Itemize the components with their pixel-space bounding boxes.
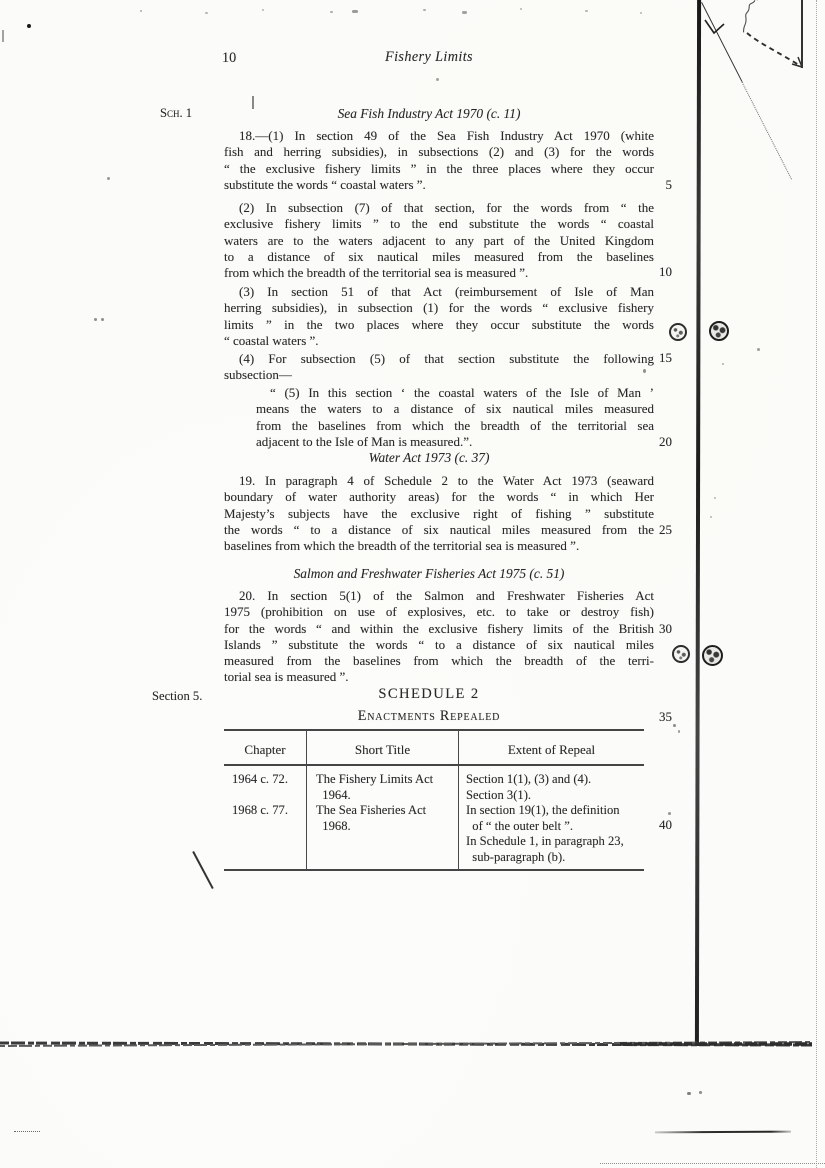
line-number-25: 25 bbox=[648, 522, 672, 538]
text-line: from the baselines from which the breadt… bbox=[256, 418, 654, 434]
text-line: fish and herring subsidies), in subsecti… bbox=[224, 144, 654, 160]
text-line: adjacent to the Isle of Man is measured.… bbox=[256, 434, 654, 450]
table-row-2-chapter: 1968 c. 77. bbox=[224, 803, 306, 869]
line-number-15: 15 bbox=[648, 350, 672, 366]
text-line: 20. In section 5(1) of the Salmon and Fr… bbox=[224, 588, 654, 604]
paragraph-18-3: (3) In section 51 of that Act (reimburse… bbox=[224, 284, 654, 349]
paragraph-18-4-quoted-subsection: “ (5) In this section ‘ the coastal wate… bbox=[256, 385, 654, 450]
margin-note-section-5: Section 5. bbox=[152, 689, 202, 704]
text-line: The Sea Fisheries Act bbox=[316, 803, 458, 819]
speckle-dot bbox=[27, 24, 31, 28]
act-heading-sea-fish-industry: Sea Fish Industry Act 1970 (c. 11) bbox=[214, 106, 644, 122]
text-line: (2) In subsection (7) of that section, f… bbox=[224, 200, 654, 216]
text-line: of “ the outer belt ”. bbox=[466, 819, 644, 835]
speckle-dot bbox=[722, 363, 724, 365]
text-line: the words “ to a distance of six nautica… bbox=[224, 522, 654, 538]
paragraph-19: 19. In paragraph 4 of Schedule 2 to the … bbox=[224, 473, 654, 554]
text-line: measured from the baselines from which t… bbox=[224, 653, 654, 669]
text-line: 1975 (prohibition on use of explosives, … bbox=[224, 604, 654, 620]
speckle-dot bbox=[436, 78, 439, 81]
running-title: Fishery Limits bbox=[214, 49, 644, 66]
text-line: to a distance of six nautical miles meas… bbox=[224, 249, 654, 265]
text-line: 1968. bbox=[316, 819, 458, 835]
scan-tear-line bbox=[0, 1037, 815, 1051]
speckle-dot bbox=[101, 318, 104, 321]
table-row-1-extent: Section 1(1), (3) and (4).Section 3(1). bbox=[458, 766, 644, 803]
speckle-dot bbox=[585, 10, 588, 12]
text-line: substitute the words “ coastal waters ”. bbox=[224, 177, 654, 193]
line-number-5: 5 bbox=[648, 177, 672, 193]
speckle-dot bbox=[330, 11, 333, 13]
text-line: In Schedule 1, in paragraph 23, bbox=[466, 834, 644, 850]
text-line: “ (5) In this section ‘ the coastal wate… bbox=[256, 385, 654, 401]
speckle-dot bbox=[94, 318, 97, 321]
table-row-2-extent: In section 19(1), the definition of “ th… bbox=[458, 803, 644, 869]
text-line: Section 1(1), (3) and (4). bbox=[466, 772, 644, 788]
paragraph-20: 20. In section 5(1) of the Salmon and Fr… bbox=[224, 588, 654, 686]
table-row-1-short-title: The Fishery Limits Act 1964. bbox=[306, 766, 458, 803]
page-edge-perforation-dots bbox=[816, 0, 817, 1168]
line-number-20: 20 bbox=[648, 434, 672, 450]
column-header-short-title: Short Title bbox=[306, 731, 458, 764]
speckle-dot bbox=[710, 516, 712, 518]
act-heading-salmon-freshwater: Salmon and Freshwater Fisheries Act 1975… bbox=[214, 566, 644, 582]
text-line: limits ” in the two places where they oc… bbox=[224, 317, 654, 333]
column-header-extent-of-repeal: Extent of Repeal bbox=[458, 731, 644, 764]
text-line: 18.—(1) In section 49 of the Sea Fish In… bbox=[224, 128, 654, 144]
hole-punch-mark-2 bbox=[709, 321, 729, 341]
text-line: 19. In paragraph 4 of Schedule 2 to the … bbox=[224, 473, 654, 489]
line-number-30: 30 bbox=[648, 621, 672, 637]
speckle-dot bbox=[107, 177, 110, 180]
act-heading-water: Water Act 1973 (c. 37) bbox=[214, 450, 644, 466]
paragraph-18-2: (2) In subsection (7) of that section, f… bbox=[224, 200, 654, 281]
text-line: means the waters to a distance of six na… bbox=[256, 401, 654, 417]
text-line: torial sea is measured ”. bbox=[224, 669, 654, 685]
speckle-dot bbox=[252, 96, 254, 109]
column-header-chapter: Chapter bbox=[224, 731, 306, 764]
speckle-dot bbox=[668, 812, 671, 815]
text-line: Islands ” substitute the words “ to a di… bbox=[224, 637, 654, 653]
text-line: boundary of water authority areas) for t… bbox=[224, 489, 654, 505]
speckle-dot bbox=[262, 9, 264, 11]
scan-mark-bottom-dotted-line bbox=[600, 1163, 825, 1164]
speckle-dot bbox=[423, 9, 426, 11]
page-content: 10 Fishery Limits Sch. 1 Section 5. Sea … bbox=[0, 0, 825, 1168]
speckle-dot bbox=[640, 12, 642, 14]
text-line: (4) For subsection (5) of that section s… bbox=[224, 351, 654, 367]
table-row-2-short-title: The Sea Fisheries Act 1968. bbox=[306, 803, 458, 869]
text-line: In section 19(1), the definition bbox=[466, 803, 644, 819]
line-number-10: 10 bbox=[648, 264, 672, 280]
text-line: subsection— bbox=[224, 367, 654, 383]
text-line: The Fishery Limits Act bbox=[316, 772, 458, 788]
line-number-40: 40 bbox=[648, 817, 672, 833]
pen-dashed-arrow-annotation bbox=[744, 28, 808, 74]
speckle-dot bbox=[462, 11, 467, 14]
margin-note-schedule-1: Sch. 1 bbox=[160, 106, 192, 121]
speckle-dot bbox=[678, 730, 680, 733]
text-line: herring subsidies), in subsection (1) fo… bbox=[224, 300, 654, 316]
text-line: exclusive fishery limits ” to the end su… bbox=[224, 216, 654, 232]
repeal-table: Chapter Short Title Extent of Repeal 196… bbox=[224, 729, 644, 871]
text-line: “ coastal waters ”. bbox=[224, 333, 654, 349]
repeal-table-body: 1964 c. 72. The Fishery Limits Act 1964.… bbox=[224, 766, 644, 869]
schedule-2-heading: SCHEDULE 2 bbox=[214, 686, 644, 703]
text-line: from which the breadth of the territoria… bbox=[224, 265, 654, 281]
line-number-35: 35 bbox=[648, 709, 672, 725]
speckle-dot bbox=[140, 10, 142, 12]
text-line: for the words “ and within the exclusive… bbox=[224, 621, 654, 637]
pen-vertical-tick bbox=[801, 0, 803, 68]
speckle-dot bbox=[673, 724, 676, 727]
hole-punch-mark-3 bbox=[672, 645, 690, 663]
text-line: “ the exclusive fishery limits ” in the … bbox=[224, 161, 654, 177]
speckle-dot bbox=[643, 369, 646, 373]
speckle-dot bbox=[757, 348, 760, 351]
pen-arrowhead-mark bbox=[702, 18, 728, 38]
speckle-dot bbox=[687, 1092, 691, 1095]
text-line: waters are to the waters adjacent to any… bbox=[224, 233, 654, 249]
hole-punch-mark-1 bbox=[669, 323, 687, 341]
text-line: baselines from which the breadth of the … bbox=[224, 538, 654, 554]
enactments-repealed-subheading: Enactments Repealed bbox=[214, 708, 644, 725]
text-line: 1964. bbox=[316, 788, 458, 804]
text-line: (3) In section 51 of that Act (reimburse… bbox=[224, 284, 654, 300]
speckle-dot bbox=[2, 30, 4, 42]
paragraph-18-4: (4) For subsection (5) of that section s… bbox=[224, 351, 654, 384]
table-row-1-chapter: 1964 c. 72. bbox=[224, 766, 306, 803]
text-line: Section 3(1). bbox=[466, 788, 644, 804]
hole-punch-mark-4 bbox=[702, 645, 723, 666]
text-line: Majesty’s subjects have the exclusive ri… bbox=[224, 506, 654, 522]
text-line: sub-paragraph (b). bbox=[466, 850, 644, 866]
repeal-table-header-row: Chapter Short Title Extent of Repeal bbox=[224, 731, 644, 766]
speckle-dot bbox=[699, 1091, 702, 1094]
speckle-dot bbox=[205, 12, 208, 14]
scan-mark-bottom-left-dashes bbox=[14, 1131, 40, 1132]
speckle-dot bbox=[352, 10, 358, 13]
scanned-document-page: 10 Fishery Limits Sch. 1 Section 5. Sea … bbox=[0, 0, 825, 1168]
speckle-dot bbox=[520, 8, 522, 10]
paragraph-18-1: 18.—(1) In section 49 of the Sea Fish In… bbox=[224, 128, 654, 193]
speckle-dot bbox=[714, 497, 716, 499]
